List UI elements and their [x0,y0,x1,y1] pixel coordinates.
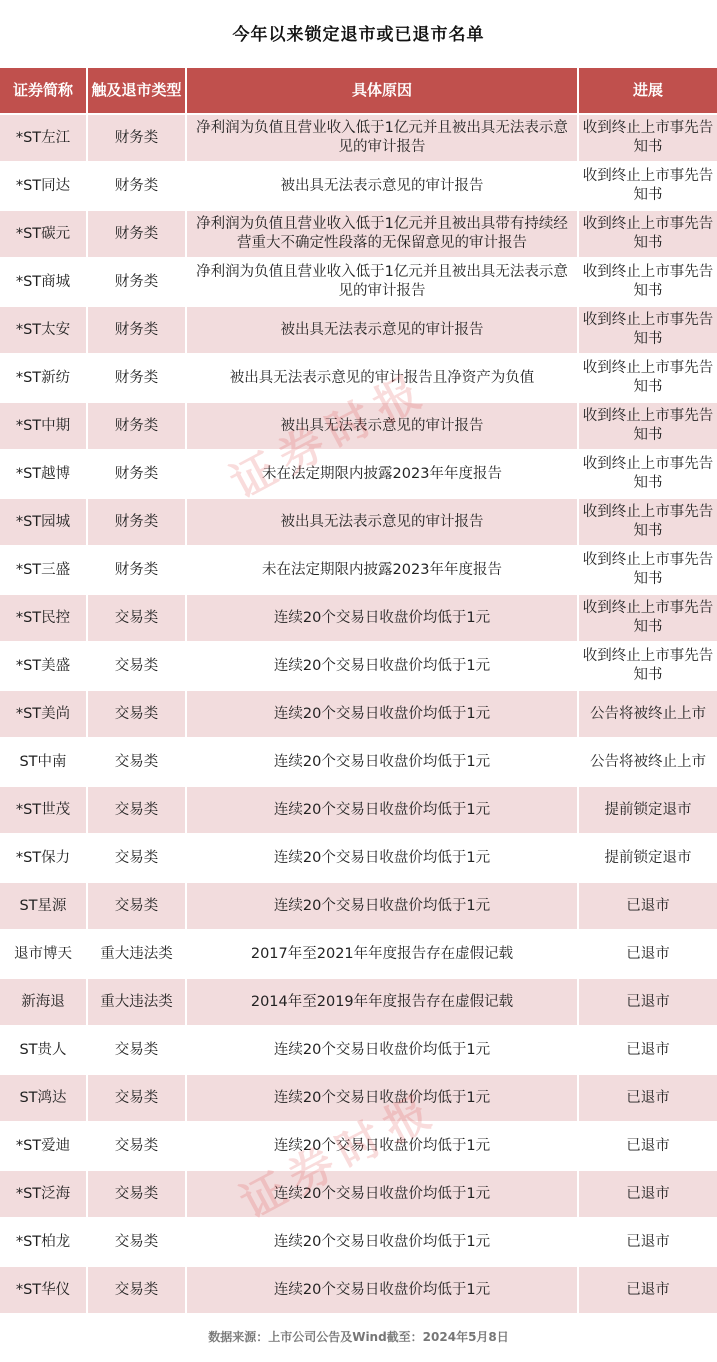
cell-delisting-type: 财务类 [88,547,185,593]
cell-reason: 连续20个交易日收盘价均低于1元 [187,691,577,737]
cell-security-name: *ST越博 [0,451,86,497]
cell-delisting-type: 财务类 [88,451,185,497]
table-row: *ST商城财务类净利润为负值且营业收入低于1亿元并且被出具无法表示意见的审计报告… [0,259,717,305]
cell-progress: 提前锁定退市 [579,835,717,881]
cell-progress: 收到终止上市事先告知书 [579,643,717,689]
cell-delisting-type: 财务类 [88,211,185,257]
cell-security-name: *ST太安 [0,307,86,353]
table-row: *ST园城财务类被出具无法表示意见的审计报告收到终止上市事先告知书 [0,499,717,545]
cell-delisting-type: 财务类 [88,499,185,545]
cell-reason: 连续20个交易日收盘价均低于1元 [187,1123,577,1169]
table-row: *ST世茂交易类连续20个交易日收盘价均低于1元提前锁定退市 [0,787,717,833]
cell-progress: 已退市 [579,1171,717,1217]
table-row: *ST保力交易类连续20个交易日收盘价均低于1元提前锁定退市 [0,835,717,881]
table-row: ST鸿达交易类连续20个交易日收盘价均低于1元已退市 [0,1075,717,1121]
cell-reason: 被出具无法表示意见的审计报告 [187,499,577,545]
cell-progress: 公告将被终止上市 [579,739,717,785]
cell-reason: 连续20个交易日收盘价均低于1元 [187,1267,577,1313]
table-row: ST星源交易类连续20个交易日收盘价均低于1元已退市 [0,883,717,929]
cell-reason: 连续20个交易日收盘价均低于1元 [187,787,577,833]
cell-progress: 收到终止上市事先告知书 [579,499,717,545]
cell-security-name: *ST商城 [0,259,86,305]
cell-security-name: *ST碳元 [0,211,86,257]
header-delisting-type: 触及退市类型 [88,68,185,113]
table-row: *ST柏龙交易类连续20个交易日收盘价均低于1元已退市 [0,1219,717,1265]
cell-reason: 2014年至2019年年度报告存在虚假记载 [187,979,577,1025]
cell-delisting-type: 交易类 [88,1171,185,1217]
cell-progress: 已退市 [579,1219,717,1265]
cell-reason: 连续20个交易日收盘价均低于1元 [187,739,577,785]
cell-progress: 收到终止上市事先告知书 [579,403,717,449]
cell-security-name: *ST中期 [0,403,86,449]
cell-security-name: *ST三盛 [0,547,86,593]
cell-delisting-type: 交易类 [88,787,185,833]
cell-progress: 收到终止上市事先告知书 [579,451,717,497]
cell-reason: 净利润为负值且营业收入低于1亿元并且被出具无法表示意见的审计报告 [187,115,577,161]
cell-progress: 公告将被终止上市 [579,691,717,737]
cell-reason: 连续20个交易日收盘价均低于1元 [187,595,577,641]
cell-security-name: 退市博天 [0,931,86,977]
table-row: *ST华仪交易类连续20个交易日收盘价均低于1元已退市 [0,1267,717,1313]
table-row: *ST爱迪交易类连续20个交易日收盘价均低于1元已退市 [0,1123,717,1169]
header-progress: 进展 [579,68,717,113]
cell-delisting-type: 交易类 [88,835,185,881]
cell-reason: 被出具无法表示意见的审计报告 [187,307,577,353]
cell-delisting-type: 交易类 [88,595,185,641]
table-row: *ST太安财务类被出具无法表示意见的审计报告收到终止上市事先告知书 [0,307,717,353]
cell-reason: 净利润为负值且营业收入低于1亿元并且被出具带有持续经营重大不确定性段落的无保留意… [187,211,577,257]
table-row: *ST美尚交易类连续20个交易日收盘价均低于1元公告将被终止上市 [0,691,717,737]
cell-reason: 未在法定期限内披露2023年年度报告 [187,451,577,497]
table-row: *ST三盛财务类未在法定期限内披露2023年年度报告收到终止上市事先告知书 [0,547,717,593]
cell-progress: 已退市 [579,1123,717,1169]
cell-progress: 收到终止上市事先告知书 [579,115,717,161]
cell-security-name: *ST泛海 [0,1171,86,1217]
cell-progress: 已退市 [579,1075,717,1121]
table-row: *ST民控交易类连续20个交易日收盘价均低于1元收到终止上市事先告知书 [0,595,717,641]
cell-security-name: *ST左江 [0,115,86,161]
table-row: *ST碳元财务类净利润为负值且营业收入低于1亿元并且被出具带有持续经营重大不确定… [0,211,717,257]
table-row: 新海退重大违法类2014年至2019年年度报告存在虚假记载已退市 [0,979,717,1025]
cell-delisting-type: 财务类 [88,355,185,401]
cell-progress: 收到终止上市事先告知书 [579,259,717,305]
cell-reason: 被出具无法表示意见的审计报告且净资产为负值 [187,355,577,401]
cell-security-name: *ST美盛 [0,643,86,689]
table-row: *ST泛海交易类连续20个交易日收盘价均低于1元已退市 [0,1171,717,1217]
cell-delisting-type: 交易类 [88,1219,185,1265]
cell-progress: 提前锁定退市 [579,787,717,833]
cell-reason: 连续20个交易日收盘价均低于1元 [187,883,577,929]
cell-progress: 已退市 [579,1267,717,1313]
cell-delisting-type: 交易类 [88,691,185,737]
table-header-row: 证券简称 触及退市类型 具体原因 进展 [0,68,717,113]
cell-delisting-type: 交易类 [88,1075,185,1121]
cell-security-name: ST中南 [0,739,86,785]
cell-delisting-type: 财务类 [88,163,185,209]
cell-delisting-type: 财务类 [88,403,185,449]
cell-delisting-type: 财务类 [88,115,185,161]
cell-progress: 已退市 [579,931,717,977]
cell-reason: 连续20个交易日收盘价均低于1元 [187,835,577,881]
cell-progress: 收到终止上市事先告知书 [579,547,717,593]
cell-progress: 收到终止上市事先告知书 [579,355,717,401]
cell-security-name: *ST园城 [0,499,86,545]
cell-security-name: *ST美尚 [0,691,86,737]
cell-progress: 已退市 [579,979,717,1025]
table-row: *ST中期财务类被出具无法表示意见的审计报告收到终止上市事先告知书 [0,403,717,449]
table-row: *ST新纺财务类被出具无法表示意见的审计报告且净资产为负值收到终止上市事先告知书 [0,355,717,401]
cell-security-name: *ST世茂 [0,787,86,833]
cell-delisting-type: 交易类 [88,1267,185,1313]
cell-security-name: *ST爱迪 [0,1123,86,1169]
cell-progress: 已退市 [579,883,717,929]
cell-security-name: *ST民控 [0,595,86,641]
cell-reason: 连续20个交易日收盘价均低于1元 [187,1075,577,1121]
page-title: 今年以来锁定退市或已退市名单 [0,20,717,45]
cell-security-name: *ST柏龙 [0,1219,86,1265]
cell-security-name: 新海退 [0,979,86,1025]
cell-reason: 连续20个交易日收盘价均低于1元 [187,1171,577,1217]
header-security-name: 证券简称 [0,68,86,113]
cell-security-name: *ST同达 [0,163,86,209]
cell-delisting-type: 交易类 [88,1027,185,1073]
cell-security-name: ST贵人 [0,1027,86,1073]
cell-delisting-type: 交易类 [88,1123,185,1169]
cell-delisting-type: 财务类 [88,307,185,353]
cell-security-name: ST星源 [0,883,86,929]
cell-delisting-type: 交易类 [88,883,185,929]
cell-progress: 已退市 [579,1027,717,1073]
table-row: 退市博天重大违法类2017年至2021年年度报告存在虚假记载已退市 [0,931,717,977]
table-row: ST贵人交易类连续20个交易日收盘价均低于1元已退市 [0,1027,717,1073]
cell-progress: 收到终止上市事先告知书 [579,307,717,353]
cell-security-name: ST鸿达 [0,1075,86,1121]
cell-security-name: *ST华仪 [0,1267,86,1313]
cell-reason: 未在法定期限内披露2023年年度报告 [187,547,577,593]
cell-progress: 收到终止上市事先告知书 [579,595,717,641]
table-row: *ST同达财务类被出具无法表示意见的审计报告收到终止上市事先告知书 [0,163,717,209]
cell-progress: 收到终止上市事先告知书 [579,163,717,209]
cell-reason: 被出具无法表示意见的审计报告 [187,403,577,449]
delisting-table: 证券简称 触及退市类型 具体原因 进展 *ST左江财务类净利润为负值且营业收入低… [0,66,717,1315]
cell-reason: 被出具无法表示意见的审计报告 [187,163,577,209]
cell-progress: 收到终止上市事先告知书 [579,211,717,257]
cell-delisting-type: 重大违法类 [88,979,185,1025]
table-row: *ST左江财务类净利润为负值且营业收入低于1亿元并且被出具无法表示意见的审计报告… [0,115,717,161]
table-row: ST中南交易类连续20个交易日收盘价均低于1元公告将被终止上市 [0,739,717,785]
table-row: *ST越博财务类未在法定期限内披露2023年年度报告收到终止上市事先告知书 [0,451,717,497]
cell-security-name: *ST保力 [0,835,86,881]
cell-reason: 连续20个交易日收盘价均低于1元 [187,643,577,689]
header-reason: 具体原因 [187,68,577,113]
cell-reason: 2017年至2021年年度报告存在虚假记载 [187,931,577,977]
cell-reason: 净利润为负值且营业收入低于1亿元并且被出具无法表示意见的审计报告 [187,259,577,305]
table-row: *ST美盛交易类连续20个交易日收盘价均低于1元收到终止上市事先告知书 [0,643,717,689]
cell-delisting-type: 交易类 [88,643,185,689]
cell-reason: 连续20个交易日收盘价均低于1元 [187,1027,577,1073]
cell-security-name: *ST新纺 [0,355,86,401]
cell-delisting-type: 交易类 [88,739,185,785]
cell-delisting-type: 重大违法类 [88,931,185,977]
cell-reason: 连续20个交易日收盘价均低于1元 [187,1219,577,1265]
data-source-footer: 数据来源：上市公司公告及Wind截至：2024年5月8日 [0,1328,717,1345]
cell-delisting-type: 财务类 [88,259,185,305]
